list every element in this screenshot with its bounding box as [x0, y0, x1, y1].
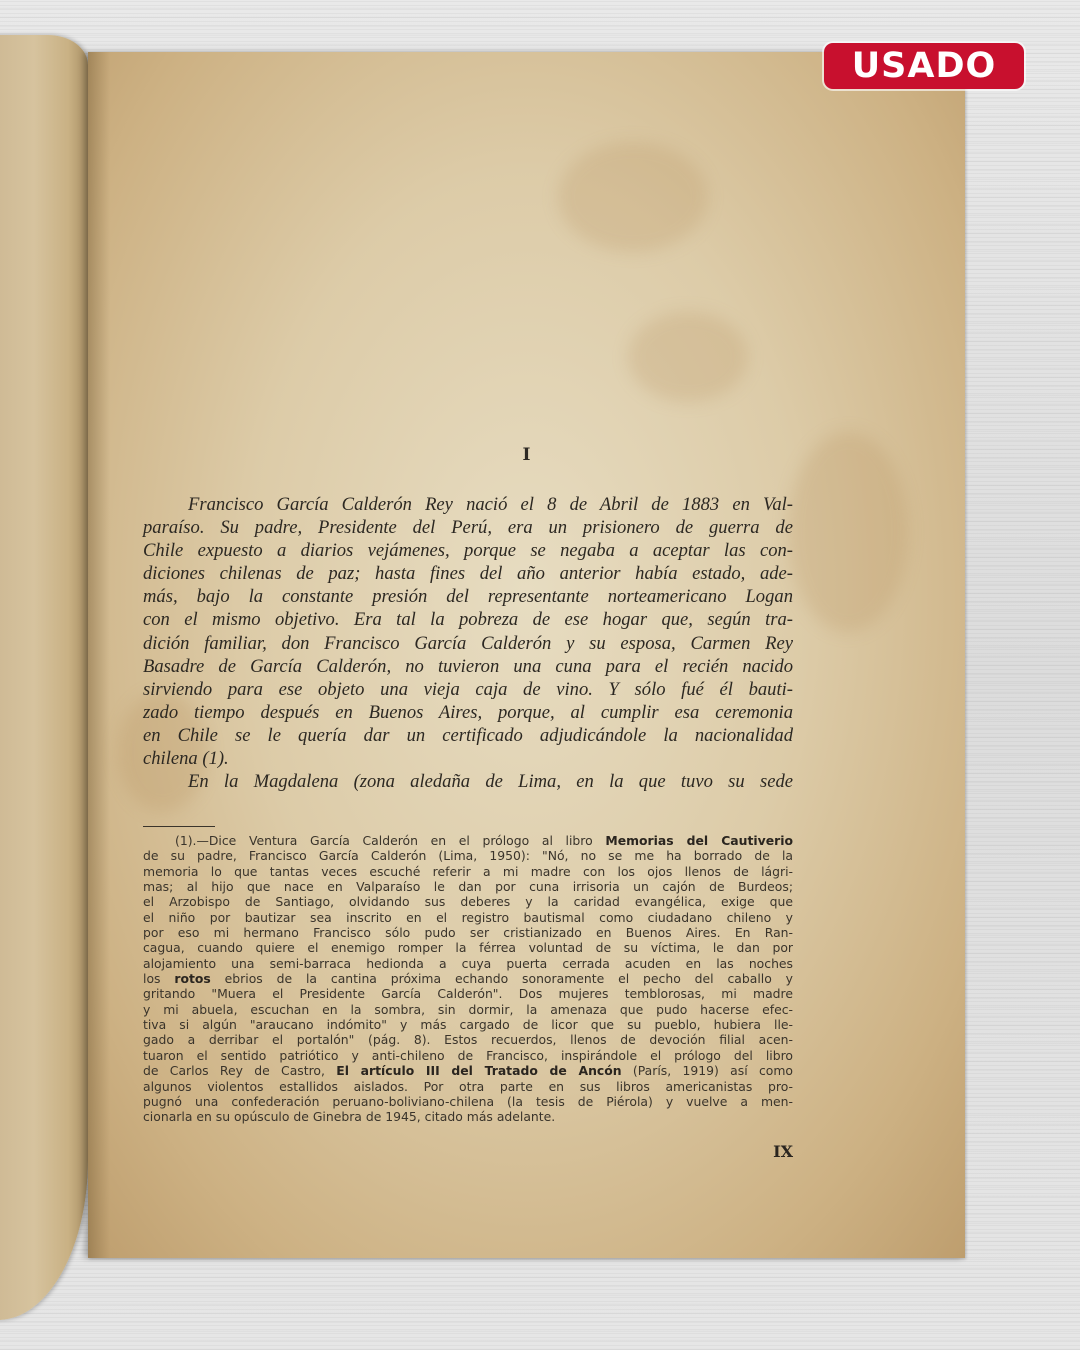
left-page-curl — [0, 35, 88, 1320]
body-text: Francisco García Calderón Rey nació el 8… — [143, 493, 793, 793]
footnote-line: el Arzobispo de Santiago, olvidando sus … — [143, 894, 793, 909]
footnote-line: memoria lo que tantas veces escuché refe… — [143, 864, 793, 879]
body-line: dición familiar, don Francisco García Ca… — [143, 632, 793, 655]
paper-stain — [628, 312, 748, 402]
body-line: Basadre de García Calderón, no tuvieron … — [143, 655, 793, 678]
body-line: Chile expuesto a diarios vejámenes, porq… — [143, 539, 793, 562]
footnote-bold-title: Memorias del Cautiverio — [605, 833, 793, 848]
footnote-line: el niño por bautizar sea inscrito en el … — [143, 910, 793, 925]
footnote-line: gritando "Muera el Presidente García Cal… — [143, 986, 793, 1001]
footnote: (1).—Dice Ventura García Calderón en el … — [143, 833, 793, 1125]
footnote-line: cagua, cuando quiere el enemigo romper l… — [143, 940, 793, 955]
footnote-line: gado a derribar el portalón" (pág. 8). E… — [143, 1032, 793, 1047]
body-line: en Chile se le quería dar un certificado… — [143, 724, 793, 747]
footnote-line: los rotos ebrios de la cantina próxima e… — [143, 971, 793, 986]
body-line: paraíso. Su padre, Presidente del Perú, … — [143, 516, 793, 539]
body-line: chilena (1). — [143, 747, 793, 770]
footnote-line: por eso mi hermano Francisco sólo pudo s… — [143, 925, 793, 940]
footnote-line: alojamiento una semi-barraca hedionda a … — [143, 956, 793, 971]
book-page: I Francisco García Calderón Rey nació el… — [88, 52, 965, 1258]
paper-stain — [558, 142, 708, 252]
footnote-line: mas; al hijo que nace en Valparaíso le d… — [143, 879, 793, 894]
footnote-bold-title: rotos — [174, 971, 210, 986]
footnote-line: algunos violentos estallidos aislados. P… — [143, 1079, 793, 1094]
footnote-line: cionarla en su opúsculo de Ginebra de 19… — [143, 1109, 793, 1124]
body-line: sirviendo para ese objeto una vieja caja… — [143, 678, 793, 701]
page-number: IX — [768, 1142, 793, 1161]
chapter-heading: I — [88, 445, 965, 465]
used-condition-badge: USADO — [824, 43, 1024, 89]
body-line: con el mismo objetivo. Era tal la pobrez… — [143, 608, 793, 631]
body-line: zado tiempo después en Buenos Aires, por… — [143, 701, 793, 724]
footnote-line: de Carlos Rey de Castro, El artículo III… — [143, 1063, 793, 1078]
footnote-line: (1).—Dice Ventura García Calderón en el … — [143, 833, 793, 848]
footnote-line: pugnó una confederación peruano-bolivian… — [143, 1094, 793, 1109]
footnote-line: tuaron el sentido patriótico y anti-chil… — [143, 1048, 793, 1063]
body-line: diciones chilenas de paz; hasta fines de… — [143, 562, 793, 585]
body-line: más, bajo la constante presión del repre… — [143, 585, 793, 608]
body-line: En la Magdalena (zona aledaña de Lima, e… — [143, 770, 793, 793]
footnote-line: tiva si algún "araucano indómito" y más … — [143, 1017, 793, 1032]
footnote-line: de su padre, Francisco García Calderón (… — [143, 848, 793, 863]
footnote-divider — [143, 826, 215, 827]
body-line: Francisco García Calderón Rey nació el 8… — [143, 493, 793, 516]
footnote-line: y mi abuela, escuchan en la sombra, sin … — [143, 1002, 793, 1017]
footnote-bold-title: El artículo III del Tratado de Ancón — [336, 1063, 621, 1078]
